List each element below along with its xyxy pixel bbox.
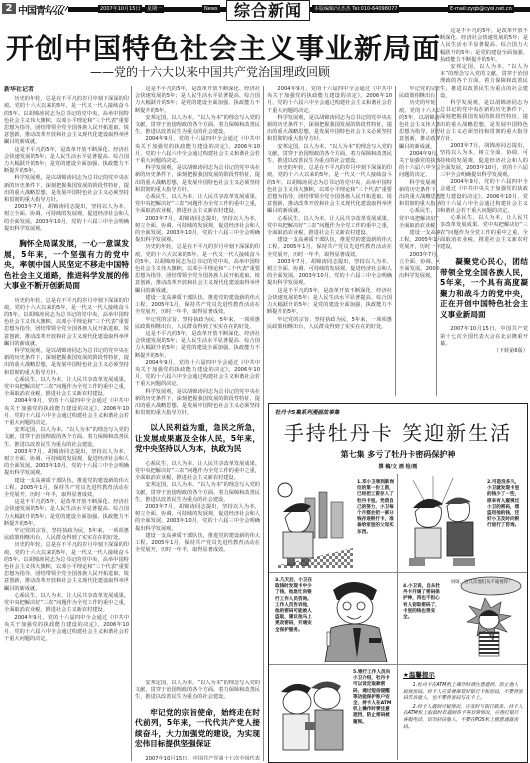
article-subheadline: ——党的十六大以来中国共产党治国理政回顾: [90, 63, 330, 80]
paragraph: 2004年9月，党的十六届四中全会通过《中共中央关于加强党的执政能力建设的决定》…: [135, 360, 260, 389]
panel-caption: 4.小卫说，自从牡丹卡开通了密码保护神，再也不担心有人窃取密码了，卡里的钱也很安…: [403, 584, 443, 621]
bold-passage: 胸怀全局谋发展，一心一意谋发展，5年来，一个坚强有力的党中央，率领中国人民坚定不…: [4, 239, 129, 292]
paragraph: 历史的年轮，总是在不平凡的岁月中刻下深深的印痕。党的十六大以来的5年，是一代又一…: [4, 298, 129, 348]
hatch-decoration: [50, 6, 68, 11]
paragraph: 心系民生，以人为本，让人民共享改革发展成果。党中央把解决好“三农”问题作为全党工…: [135, 194, 260, 216]
comic-panel-2: 2.可是没多久，小卫就发现卡里的钱少了一些，原来有人窥视过小卫的密码，想盗用他的…: [399, 474, 525, 571]
comic-episode-title: 第七集 多亏了牡丹卡密码保护神: [269, 449, 527, 460]
paragraph: 安邦定国，以人为本。“以人为本”的理念写入党的文献，贯穿于治国理政的各个方面。着…: [440, 64, 528, 100]
cartoon-two-men-icon: [403, 476, 483, 568]
tips-box: ★温馨提示 1.牡丹卡在ATM机上操作时请注意遮挡，防止他人窥视密码。持卡人应妥…: [403, 670, 523, 758]
comic-title: 手持牡丹卡 笑迎新生活: [269, 417, 527, 446]
speech-bubble-text: 妈呀，这几次他们从不窥视你！: [451, 580, 517, 586]
issue-weekday: 星期一: [145, 5, 164, 13]
article-column-2: 这是不平凡的5年，是改革开放不断深化、经济社会快速发展的5年；是人民生活水平显著…: [135, 86, 260, 761]
paragraph: 2004年9月，党的十六届四中全会通过《中共中央关于加强党的执政能力建设的决定》…: [267, 86, 392, 115]
bold-passage: 牢记党的宗旨使命，始终走在时代前列，5年来，一代代共产党人接续奋斗，大力加强党的…: [135, 708, 260, 750]
paragraph: 这是不平凡的5年，是改革开放不断深化、经济社会快速发展的5年；是人民生活水平显著…: [440, 28, 528, 64]
issue-date: 2007年10月15日: [98, 5, 142, 13]
cartoon-thief-icon: [449, 576, 523, 662]
paragraph: 建设一支高素质干部队伍，推进党的建设新的伟大工程。2005年1月，保持共产党员先…: [135, 533, 260, 555]
panel-divider: [269, 572, 527, 573]
paragraph: 心系民生，以人为本，让人民共享改革发展成果。党中央把解决好“三农”问题作为全党工…: [267, 216, 392, 238]
paragraph: 牢记党的宗旨，坚持执政为民，5年来，一项项惠民政策相继出台，人民群众得到了实实在…: [267, 317, 392, 331]
paragraph: 心系民生，以人为本，让人民共享改革发展成果。党中央把解决好“三农”问题作为全党工…: [440, 215, 528, 251]
paragraph: 2003年7月，胡锦涛同志提出，坚持以人为本，树立全面、协调、可持续的发展观，促…: [4, 449, 129, 478]
tips-body: 1.牡丹卡在ATM机上操作时请注意遮挡，防止他人窥视密码。持卡人应妥善保管好银行…: [403, 683, 523, 731]
paragraph: 2004年9月，党的十六届四中全会通过《中共中央关于加强党的执政能力建设的决定》…: [440, 179, 528, 215]
paragraph: 2007年10月15日，中国共产党第十七次全国代表大会在北京隆重开幕。: [440, 326, 528, 348]
paragraph: 牢记党的宗旨，坚持执政为民，5年来，一项项惠民政策相继出台，人民群众得到了实实在…: [135, 317, 260, 331]
paragraph: 历史的年轮，总是在不平凡的岁月中刻下深深的印痕。党的十六大以来的5年，是一代又一…: [4, 542, 129, 592]
paragraph: 建设一支高素质干部队伍，推进党的建设新的伟大工程。2005年1月，保持共产党员先…: [267, 237, 392, 259]
paragraph: 心系民生，以人为本，让人民共享改革发展成果。党中央把解决好“三农”问题作为全党工…: [4, 377, 129, 399]
paragraph: 科学发展观，是以胡锦涛同志为总书记的党中央在新的历史条件下，深刻把握我国发展的阶…: [440, 100, 528, 143]
contact-email: E-mail:zyqb@cyol.net.cn: [448, 5, 514, 13]
paragraph: 科学发展观，是以胡锦涛同志为总书记的党中央在新的历史条件下，深刻把握我国发展的阶…: [135, 165, 260, 194]
comic-credit: 撰 稿/文 画 绘/画: [269, 463, 527, 470]
panel-caption: 2.可是没多久，小卫就发现卡里的钱少了一些，原来有人窥视过小卫的密码，想盗用他的…: [487, 480, 523, 530]
article-column-5: 这是不平凡的5年，是改革开放不断深化、经济社会快速发展的5年；是人民生活水平显著…: [440, 28, 528, 396]
paragraph: 历史的年轮，总是在不平凡的岁月中刻下深深的印痕。党的十六大以来的5年，是一代又一…: [135, 244, 260, 294]
bold-passage: 凝聚党心民心，团结带领全党全国各族人民，5年来，一个具有高度凝聚力和战斗力的党中…: [440, 257, 528, 320]
panel-caption: 3.几天后，小卫在取钱时发现卡中少了钱，他急忙向银行工作人员咨询。工作人员告诉他…: [275, 578, 315, 634]
panel-caption: 1.邓小卫领到新岗位的第一份工资，已经把工资存入了牡丹卡里。凭借自己的努力，小卫…: [357, 480, 395, 536]
paragraph: 心系民生，以人为本，让人民共享改革发展成果。党中央把解决好“三农”问题作为全党工…: [135, 461, 260, 483]
tips-title: ★温馨提示: [403, 670, 523, 679]
paragraph: 2004年9月，党的十六届四中全会通过《中共中央关于加强党的执政能力建设的决定》…: [4, 615, 129, 644]
paragraph: 建设一支高素质干部队伍，推进党的建设新的伟大工程。2005年1月，保持共产党员先…: [135, 295, 260, 317]
comic-panel-3: 3.几天后，小卫在取钱时发现卡中少了钱，他急忙向银行工作人员咨询。工作人员告诉他…: [271, 574, 396, 663]
cartoon-man-cityscape-icon: [275, 478, 353, 568]
paragraph: 2003年7月，胡锦涛同志提出，坚持以人为本，树立全面、协调、可持续的发展观，促…: [135, 216, 260, 245]
byline: 新华社记者: [4, 86, 129, 93]
editor-info: 本版编辑/吴杰杰 Tel:010-64098077: [312, 5, 399, 13]
panel-divider: [397, 474, 398, 760]
paragraph: 科学发展观，是以胡锦涛同志为总书记的党中央在新的历史条件下，深刻把握我国发展的阶…: [267, 115, 392, 144]
paragraph: 历史的年轮，总是在不平凡的岁月中刻下深深的印痕。党的十六大以来的5年，是一代又一…: [4, 96, 129, 146]
panel-caption: 5.银行工作人员向小卫介绍，牡丹卡可以设定取款密码，通过短信提醒等功能保护账户安…: [353, 670, 393, 726]
paragraph: 安邦定国，以人为本。“以人为本”的理念写入党的文献，贯穿于治国理政的各个方面。着…: [135, 115, 260, 137]
column-divider: [436, 86, 437, 396]
paragraph: 2003年7月，胡锦涛同志提出，坚持以人为本，树立全面、协调、可持续的发展观，促…: [267, 259, 392, 288]
comic-strip-advert: 牡丹卡5集系列漫画故事集 手持牡丹卡 笑迎新生活 第七集 多亏了牡丹卡密码保护神…: [268, 403, 528, 763]
masthead: 2 中国青年报 2007年10月15日 星期一 News 综合新闻 本版编辑/吴…: [0, 0, 530, 22]
cartoon-bank-officer-icon: [317, 576, 395, 662]
paragraph: 安邦定国，以人为本。“以人为本”的理念写入党的文献，贯穿于治国理政的各个方面。着…: [135, 680, 260, 702]
column-divider: [263, 86, 264, 761]
paragraph: 安邦定国，以人为本。“以人为本”的理念写入党的文献，贯穿于治国理政的各个方面。着…: [135, 482, 260, 504]
column-divider: [395, 86, 396, 396]
paragraph: 这是不平凡的5年，是改革开放不断深化、经济社会快速发展的5年；是人民生活水平显著…: [4, 499, 129, 528]
paragraph: 2004年9月，党的十六届四中全会通过《中共中央关于加强党的执政能力建设的决定》…: [4, 398, 129, 427]
paragraph: 这是不平凡的5年，是改革开放不断深化、经济社会快速发展的5年；是人民生活水平显著…: [4, 147, 129, 176]
article-column-3: 2004年9月，党的十六届四中全会通过《中共中央关于加强党的执政能力建设的决定》…: [267, 86, 392, 396]
bold-passage: 以人民利益为重，急民之所急，让发展成果惠及全体人民，5年来，党中央坚持以人为本，…: [135, 423, 260, 455]
paragraph: 2007年10月15日，中国共产党第十七次全国代表大会在北京隆重开幕。: [135, 756, 260, 760]
paragraph: 安邦定国，以人为本。“以人为本”的理念写入党的文献，贯穿于治国理政的各个方面。着…: [267, 144, 392, 166]
paragraph: 2003年7月，胡锦涛同志提出，坚持以人为本，树立全面、协调、可持续的发展观，促…: [4, 204, 129, 233]
article-column-2-bottom: 安邦定国，以人为本。“以人为本”的理念写入党的文献，贯穿于治国理政的各个方面。着…: [135, 680, 260, 760]
paragraph: 科学发展观，是以胡锦涛同志为总书记的党中央在新的历史条件下，深刻把握我国发展的阶…: [4, 348, 129, 377]
paragraph: 建设一支高素质干部队伍，推进党的建设新的伟大工程。2005年1月，保持共产党员先…: [4, 478, 129, 500]
article-headline: 开创中国特色社会主义事业新局面: [6, 27, 436, 67]
paragraph: 历史的年轮，总是在不平凡的岁月中刻下深深的印痕。党的十六大以来的5年，是一代又一…: [267, 165, 392, 215]
tip-item: 1.牡丹卡在ATM机上操作时请注意遮挡，防止他人窥视密码。持卡人应妥善保管好银行…: [403, 683, 523, 703]
column-divider: [131, 86, 132, 761]
section-title: 综合新闻: [226, 0, 310, 21]
news-label: News: [202, 5, 220, 13]
comic-panel-1: 1.邓小卫领到新岗位的第一份工资，已经把工资存入了牡丹卡里。凭借自己的努力，小卫…: [271, 474, 396, 571]
paragraph: 科学发展观，是以胡锦涛同志为总书记的党中央在新的历史条件下，深刻把握我国发展的阶…: [4, 175, 129, 204]
cartoon-two-men-talking-icon: [275, 672, 349, 756]
paragraph: 科学发展观，是以胡锦涛同志为总书记的党中央在新的历史条件下，深刻把握我国发展的阶…: [135, 389, 260, 418]
paragraph: 心系民生，以人为本，让人民共享改革发展成果。党中央把解决好“三农”问题作为全党工…: [4, 593, 129, 615]
paragraph: 这是不平凡的5年，是改革开放不断深化、经济社会快速发展的5年；是人民生活水平显著…: [267, 288, 392, 317]
paragraph: 安邦定国，以人为本。“以人为本”的理念写入党的文献，贯穿于治国理政的各个方面。着…: [4, 427, 129, 449]
article-column-1: 新华社记者 历史的年轮，总是在不平凡的岁月中刻下深深的印痕。党的十六大以来的5年…: [4, 86, 129, 761]
paragraph: 这是不平凡的5年，是改革开放不断深化、经济社会快速发展的5年；是人民生活水平显著…: [135, 331, 260, 360]
continued-note: （下转第6版）: [440, 348, 528, 355]
panel-divider: [269, 664, 527, 665]
paragraph: 2003年7月，胡锦涛同志提出，坚持以人为本，树立全面、协调、可持续的发展观，促…: [440, 143, 528, 179]
page-number: 2: [2, 3, 16, 14]
comic-panel-4: 4.小卫说，自从牡丹卡开通了密码保护神，再也不担心有人窃取密码了，卡里的钱也很安…: [399, 574, 525, 663]
paragraph: 这是不平凡的5年，是改革开放不断深化、经济社会快速发展的5年；是人民生活水平显著…: [135, 86, 260, 115]
comic-panel-5: 5.银行工作人员向小卫介绍，牡丹卡可以设定取款密码，通过短信提醒等功能保护账户安…: [271, 666, 396, 760]
paragraph: 牢记党的宗旨，坚持执政为民，5年来，一项项惠民政策相继出台，人民群众得到了实实在…: [4, 528, 129, 542]
paragraph: 2003年7月，胡锦涛同志提出，坚持以人为本，树立全面、协调、可持续的发展观，促…: [135, 504, 260, 533]
tip-item: 2.持卡人遇到可疑情况，应及时与银行联系，持卡人在ATM机上取款时若遇到吞卡等异…: [403, 705, 523, 731]
paragraph: 2004年9月，党的十六届四中全会通过《中共中央关于加强党的执政能力建设的决定》…: [135, 136, 260, 165]
comic-series-label: 牡丹卡5集系列漫画故事集: [275, 408, 339, 416]
